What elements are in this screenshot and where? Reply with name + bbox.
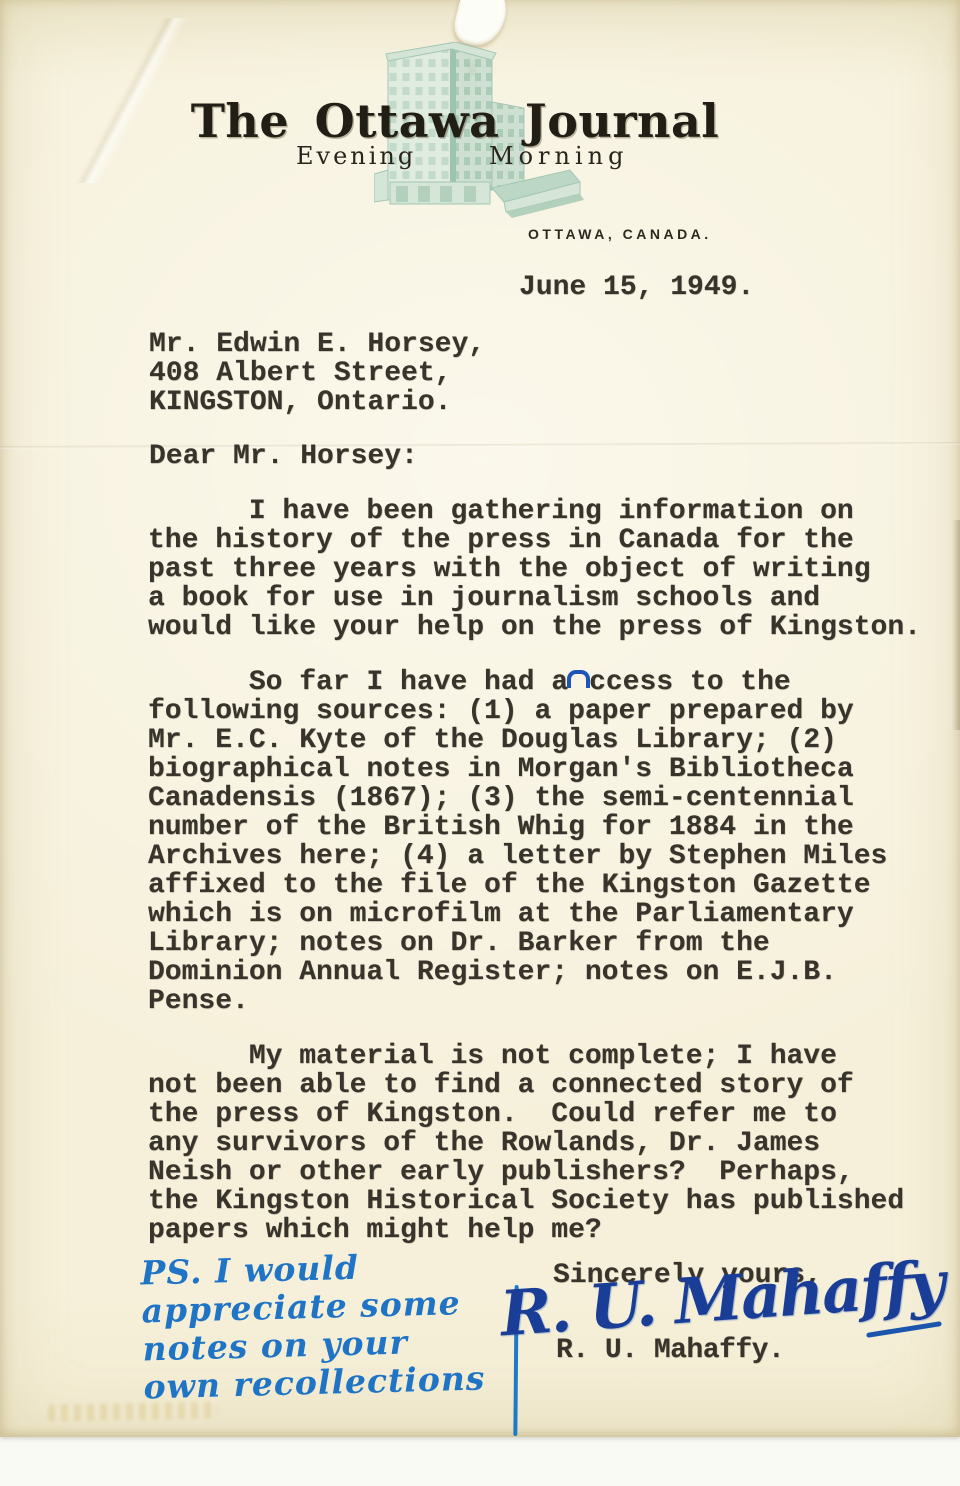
letterhead-tagline-morning: Morning <box>489 143 628 169</box>
recipient-name-line: Mr. Edwin E. Horsey, <box>149 330 485 359</box>
date-line: June 15, 1949. <box>519 273 754 302</box>
fold-line <box>0 442 960 449</box>
body-paragraph-3: My material is not complete; I have not … <box>148 1042 904 1245</box>
body-line: any survivors of the Rowlands, Dr. James <box>148 1129 904 1158</box>
body-line: a book for use in journalism schools and <box>148 584 921 613</box>
paper-edge-shadow <box>952 520 960 730</box>
body-line: I have been gathering information on <box>148 497 921 526</box>
recipient-street-line: 408 Albert Street, <box>149 359 485 388</box>
body-line: the press of Kingston. Could refer me to <box>148 1100 904 1129</box>
body-paragraph-1: I have been gathering information on the… <box>148 497 921 642</box>
handwritten-closeup-mark-icon <box>567 670 590 688</box>
body-line: affixed to the file of the Kingston Gaze… <box>148 871 887 900</box>
body-line: past three years with the object of writ… <box>148 555 921 584</box>
postscript-line: own recollections <box>143 1360 486 1407</box>
body-text-segment: So far I have had a <box>148 667 568 698</box>
recipient-city-line: KINGSTON, Ontario. <box>149 388 485 417</box>
body-line: biographical notes in Morgan's Bibliothe… <box>148 755 887 784</box>
body-line-with-correction: So far I have had access to the <box>148 668 887 697</box>
letterhead-title: The Ottawa Journal <box>110 97 800 145</box>
salutation: Dear Mr. Horsey: <box>149 442 418 471</box>
body-paragraph-2: So far I have had access to the followin… <box>148 668 887 1016</box>
body-line: would like your help on the press of Kin… <box>148 613 921 642</box>
body-line: papers which might help me? <box>148 1216 904 1245</box>
body-line: Canadensis (1867); (3) the semi-centenni… <box>148 784 887 813</box>
body-line: number of the British Whig for 1884 in t… <box>148 813 887 842</box>
body-line: following sources: (1) a paper prepared … <box>148 697 887 726</box>
letterhead-tagline-evening: Evening <box>296 143 416 169</box>
body-line: Neish or other early publishers? Perhaps… <box>148 1158 904 1187</box>
letterhead-location: OTTAWA, CANADA. <box>528 226 712 242</box>
scanned-letter-page: The Ottawa Journal Evening Morning OTTAW… <box>0 0 960 1486</box>
body-line: which is on microfilm at the Parliamenta… <box>148 900 887 929</box>
recipient-address: Mr. Edwin E. Horsey, 408 Albert Street, … <box>149 330 485 417</box>
handwritten-postscript: PS. I would appreciate some notes on you… <box>140 1246 486 1407</box>
body-line: the history of the press in Canada for t… <box>148 526 921 555</box>
letter-paper: The Ottawa Journal Evening Morning OTTAW… <box>0 0 960 1437</box>
body-line: Mr. E.C. Kyte of the Douglas Library; (2… <box>148 726 887 755</box>
body-line: My material is not complete; I have <box>148 1042 904 1071</box>
body-line: Library; notes on Dr. Barker from the <box>148 929 887 958</box>
body-line: not been able to find a connected story … <box>148 1071 904 1100</box>
body-line: the Kingston Historical Society has publ… <box>148 1187 904 1216</box>
body-line: Pense. <box>148 987 887 1016</box>
body-line: Archives here; (4) a letter by Stephen M… <box>148 842 887 871</box>
body-line: Dominion Annual Register; notes on E.J.B… <box>148 958 887 987</box>
body-text-segment: ccess to the <box>589 667 791 698</box>
